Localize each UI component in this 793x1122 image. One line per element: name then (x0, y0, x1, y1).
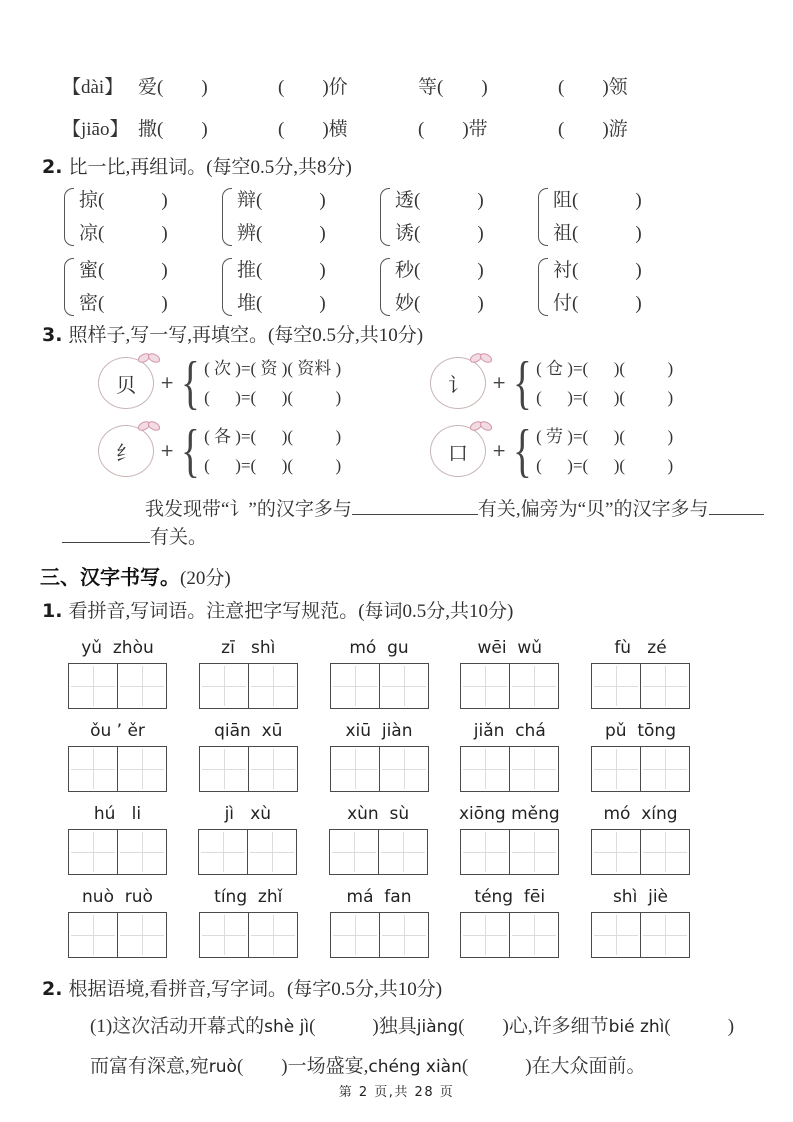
word-pair: 衬( )付( ) (538, 258, 696, 316)
writing-grid[interactable] (591, 746, 690, 792)
discovery-text: 有关,偏旁为“贝”的汉字多与 (478, 499, 709, 520)
polyphone-row-dai: 【dài】 爱( ) ( )价 等( ) ( )领 (62, 64, 793, 106)
context-pinyin: ruò (209, 1057, 237, 1077)
pair-word-top: 蜜( ) (79, 258, 168, 283)
writing-grid[interactable] (591, 829, 690, 875)
context-pinyin: chéng xiàn (368, 1057, 462, 1077)
pair-bracket (538, 188, 548, 246)
discovery-text: 有关。 (150, 527, 207, 548)
pinyin-row-2: ǒu ’ ěr qiān xū xiū jiàn jiǎn chá pǔ tōn… (68, 719, 690, 792)
pair-word-top: 秒( ) (395, 258, 484, 283)
pinyin-word: xiōng měng (459, 802, 560, 875)
pinyin-word: téng fēi (460, 885, 559, 958)
formula-line: ( )=( )( ) (204, 456, 341, 476)
grid-cell[interactable] (509, 664, 558, 708)
pair-bracket (64, 258, 74, 316)
grid-cell[interactable] (199, 830, 247, 874)
grid-cell[interactable] (69, 664, 117, 708)
grid-cell[interactable] (592, 747, 640, 791)
formula-line: ( )=( )( ) (204, 388, 341, 408)
pinyin-word: pǔ tōng (591, 719, 690, 792)
grid-cell[interactable] (69, 830, 117, 874)
pinyin-word: xùn sù (329, 802, 428, 875)
context-text: (1)这次活动开幕式的 (90, 1016, 264, 1037)
pair-word-bottom: 密( ) (79, 291, 168, 316)
word-blank-item: ( )带 (418, 114, 558, 141)
pinyin-word: zī shì (199, 636, 298, 709)
pinyin-word: shì jiè (591, 885, 690, 958)
grid-cell[interactable] (117, 664, 166, 708)
writing-grid[interactable] (68, 746, 167, 792)
bow-icon (469, 417, 493, 440)
fill-blank (709, 494, 764, 515)
context-line-2: 而富有深意,宛ruò( )一场盛宴,chéng xiàn( )在大众面前。 (90, 1054, 793, 1080)
writing-grid[interactable] (460, 829, 559, 875)
context-pinyin: jiàng (417, 1017, 458, 1037)
fill-blank (62, 522, 150, 543)
writing-grid[interactable] (329, 829, 428, 875)
grid-cell[interactable] (592, 830, 640, 874)
context-text: ( )独具 (309, 1016, 417, 1037)
pinyin-label: téng fēi (474, 885, 545, 909)
bow-icon (137, 349, 161, 372)
grid-cell[interactable] (379, 913, 428, 957)
pinyin-word: mó xíng (591, 802, 690, 875)
pinyin-label: mó xíng (603, 802, 677, 826)
writing-grid[interactable] (591, 912, 690, 958)
formula-line: ( )=( )( ) (536, 456, 673, 476)
radical-circle: 口 (430, 425, 486, 477)
pair-bracket (222, 258, 232, 316)
context-text: 而富有深意,宛 (90, 1056, 209, 1077)
radical-row-2: 纟 + { ( 各 )=( )( )( )=( )( ) 口 + { ( 劳 )… (98, 418, 793, 484)
pinyin-label: zī shì (221, 636, 275, 660)
writing-grid[interactable] (68, 663, 167, 709)
pair-bracket (380, 258, 390, 316)
pinyin-key-label: 【dài】 (62, 72, 138, 99)
grid-cell[interactable] (379, 664, 428, 708)
grid-cell[interactable] (69, 747, 117, 791)
pair-word-top: 推( ) (237, 258, 326, 283)
brace-glyph: { (513, 425, 532, 478)
formula-line: ( )=( )( ) (536, 388, 673, 408)
question-3-heading: 3.照样子,写一写,再填空。(每空0.5分,共10分) (42, 322, 793, 348)
word-pair: 推( )堆( ) (222, 258, 380, 316)
grid-cell[interactable] (331, 913, 379, 957)
radical-char: 口 (448, 437, 468, 466)
polyphone-row-jiao: 【jiāo】 撒( ) ( )横 ( )带 ( )游 (62, 106, 793, 148)
pinyin-label: xùn sù (347, 802, 409, 826)
pinyin-row-1: yǔ zhòu zī shì mó gu wēi wǔ fù zé (68, 636, 690, 709)
pinyin-label: jì xù (225, 802, 272, 826)
fill-blank (352, 494, 478, 515)
question-title: 比一比,再组词。(每空0.5分,共8分) (68, 157, 351, 178)
grid-cell[interactable] (640, 913, 689, 957)
pinyin-word: hú li (68, 802, 167, 875)
pinyin-row-4: nuò ruò tíng zhǐ má fan téng fēi shì jiè (68, 885, 690, 958)
radical-circle: 纟 (98, 425, 154, 477)
grid-cell[interactable] (379, 747, 428, 791)
grid-cell[interactable] (331, 747, 379, 791)
grid-cell[interactable] (247, 830, 296, 874)
grid-cell[interactable] (248, 664, 297, 708)
section-title: 三、汉字书写。 (40, 565, 180, 589)
pinyin-label: tíng zhǐ (214, 885, 282, 909)
discovery-line-1: 我发现带“讠”的汉字多与有关,偏旁为“贝”的汉字多与 (145, 494, 793, 522)
radical-char: 讠 (448, 369, 468, 398)
writing-grid[interactable] (68, 829, 167, 875)
question-number: 2. (42, 156, 62, 178)
pair-word-bottom: 堆( ) (237, 291, 326, 316)
question-number: 2. (42, 978, 62, 1000)
question-title: 看拼音,写词语。注意把字写规范。(每词0.5分,共10分) (68, 601, 513, 622)
writing-grid[interactable] (198, 829, 297, 875)
question-title: 根据语境,看拼音,写字词。(每字0.5分,共10分) (68, 979, 442, 1000)
pinyin-label: jiǎn chá (474, 719, 546, 743)
pinyin-word: jì xù (198, 802, 297, 875)
pinyin-word: tíng zhǐ (199, 885, 298, 958)
plus-sign: + (160, 441, 174, 461)
writing-grid[interactable] (68, 912, 167, 958)
word-blank-item: 等( ) (418, 72, 558, 99)
pinyin-word: xiū jiàn (330, 719, 429, 792)
grid-cell[interactable] (461, 747, 509, 791)
pair-word-top: 透( ) (395, 188, 484, 213)
grid-cell[interactable] (248, 747, 297, 791)
grid-cell[interactable] (200, 747, 248, 791)
pinyin-label: wēi wǔ (477, 636, 542, 660)
pinyin-word: fù zé (591, 636, 690, 709)
writing-grid[interactable] (460, 746, 559, 792)
writing-grid[interactable] (330, 663, 429, 709)
discovery-text: 我发现带“讠”的汉字多与 (145, 499, 352, 520)
radical-row-1: 贝 + { ( 次 )=( 资 )( 资料 )( )=( )( ) 讠 + { … (98, 350, 793, 416)
pinyin-label: qiān xū (214, 719, 282, 743)
plus-sign: + (492, 441, 506, 461)
context-text: ( )心,许多细节 (458, 1016, 608, 1037)
grid-cell[interactable] (117, 747, 166, 791)
brace-glyph: { (181, 357, 200, 410)
radical-unit-yan: 讠 + { ( 仓 )=( )( )( )=( )( ) (430, 350, 762, 416)
grid-cell[interactable] (640, 664, 689, 708)
grid-cell[interactable] (592, 913, 640, 957)
pair-bracket (64, 188, 74, 246)
word-pair: 掠( )凉( ) (64, 188, 222, 246)
pair-bracket (222, 188, 232, 246)
writing-grid[interactable] (199, 663, 298, 709)
brace-glyph: { (181, 425, 200, 478)
pinyin-label: nuò ruò (82, 885, 153, 909)
section-3-heading: 三、汉字书写。(20分) (40, 562, 793, 592)
grid-cell[interactable] (200, 913, 248, 957)
grid-cell[interactable] (640, 830, 689, 874)
grid-cell[interactable] (640, 747, 689, 791)
writing-grid[interactable] (460, 663, 559, 709)
formula-line: ( 劳 )=( )( ) (536, 427, 673, 447)
question-number: 3. (42, 324, 62, 346)
writing-grid[interactable] (199, 912, 298, 958)
word-pair: 秒( )妙( ) (380, 258, 538, 316)
plus-sign: + (160, 373, 174, 393)
pinyin-label: xiōng měng (459, 802, 560, 826)
radical-circle: 贝 (98, 357, 154, 409)
pair-word-bottom: 付( ) (553, 291, 642, 316)
pinyin-word: nuò ruò (68, 885, 167, 958)
pair-bracket (380, 188, 390, 246)
pinyin-label: yǔ zhòu (81, 636, 154, 660)
page-footer: 第 2 页,共 28 页 (0, 1081, 793, 1100)
grid-cell[interactable] (330, 830, 378, 874)
pair-word-top: 辩( ) (237, 188, 326, 213)
context-pinyin: bié zhì (609, 1017, 665, 1037)
pinyin-key-label: 【jiāo】 (62, 114, 138, 141)
grid-cell[interactable] (461, 664, 509, 708)
context-pinyin: shè jì (264, 1017, 309, 1037)
pinyin-word: ǒu ’ ěr (68, 719, 167, 792)
pair-word-bottom: 辨( ) (237, 221, 326, 246)
pair-word-top: 掠( ) (79, 188, 168, 213)
word-blank-item: ( )价 (278, 72, 418, 99)
grid-cell[interactable] (117, 913, 166, 957)
grid-cell[interactable] (592, 664, 640, 708)
pinyin-word: mó gu (330, 636, 429, 709)
grid-cell[interactable] (331, 664, 379, 708)
radical-unit-kou: 口 + { ( 劳 )=( )( )( )=( )( ) (430, 418, 762, 484)
radical-unit-bei: 贝 + { ( 次 )=( 资 )( 资料 )( )=( )( ) (98, 350, 430, 416)
formula-line: ( 次 )=( 资 )( 资料 ) (204, 359, 341, 379)
pair-word-top: 阻( ) (553, 188, 642, 213)
grid-cell[interactable] (509, 830, 558, 874)
radical-circle: 讠 (430, 357, 486, 409)
pinyin-word: qiān xū (199, 719, 298, 792)
question-2-heading: 2.比一比,再组词。(每空0.5分,共8分) (42, 154, 793, 180)
word-pair: 辩( )辨( ) (222, 188, 380, 246)
context-text: ( ) (664, 1016, 734, 1037)
writing-grid[interactable] (591, 663, 690, 709)
pinyin-label: mó gu (349, 636, 408, 660)
pair-word-top: 衬( ) (553, 258, 642, 283)
grid-cell[interactable] (509, 913, 558, 957)
word-blank-item: ( )领 (558, 72, 698, 99)
word-pair: 透( )诱( ) (380, 188, 538, 246)
word-blank-item: 撒( ) (138, 114, 278, 141)
writing-grid[interactable] (330, 912, 429, 958)
plus-sign: + (492, 373, 506, 393)
radical-char: 贝 (116, 369, 136, 398)
pinyin-label: shì jiè (613, 885, 668, 909)
pair-bracket (538, 258, 548, 316)
grid-cell[interactable] (509, 747, 558, 791)
word-blank-item: ( )横 (278, 114, 418, 141)
grid-cell[interactable] (200, 664, 248, 708)
word-blank-item: 爱( ) (138, 72, 278, 99)
writing-grid[interactable] (460, 912, 559, 958)
pinyin-label: má fan (347, 885, 412, 909)
word-pair: 阻( )祖( ) (538, 188, 696, 246)
pair-word-bottom: 诱( ) (395, 221, 484, 246)
exam-page: 【dài】 爱( ) ( )价 等( ) ( )领 【jiāo】 撒( ) ( … (0, 0, 793, 1080)
formula-line: ( 各 )=( )( ) (204, 427, 341, 447)
grid-cell[interactable] (378, 830, 427, 874)
pinyin-label: ǒu ’ ěr (90, 719, 145, 743)
grid-cell[interactable] (69, 913, 117, 957)
pinyin-label: xiū jiàn (345, 719, 412, 743)
context-line-1: (1)这次活动开幕式的shè jì( )独具jiàng( )心,许多细节bié … (90, 1014, 793, 1040)
discovery-line-2: 有关。 (62, 522, 793, 550)
radical-char: 纟 (116, 437, 136, 466)
grid-cell[interactable] (117, 830, 166, 874)
pair-word-bottom: 祖( ) (553, 221, 642, 246)
word-blank-item: ( )游 (558, 114, 698, 141)
pinyin-word: jiǎn chá (460, 719, 559, 792)
pinyin-row-3: hú li jì xù xùn sù xiōng měng mó xíng (68, 802, 690, 875)
bow-icon (137, 417, 161, 440)
question-number: 1. (42, 600, 62, 622)
context-text: ( )一场盛宴, (237, 1056, 368, 1077)
context-text: ( )在大众面前。 (462, 1056, 646, 1077)
writing-q2-heading: 2.根据语境,看拼音,写字词。(每字0.5分,共10分) (42, 976, 793, 1002)
grid-cell[interactable] (461, 830, 509, 874)
formula-line: ( 仓 )=( )( ) (536, 359, 673, 379)
grid-cell[interactable] (248, 913, 297, 957)
pinyin-label: pǔ tōng (605, 719, 676, 743)
pinyin-word: má fan (330, 885, 429, 958)
writing-grid[interactable] (330, 746, 429, 792)
grid-cell[interactable] (461, 913, 509, 957)
writing-q1-heading: 1.看拼音,写词语。注意把字写规范。(每词0.5分,共10分) (42, 598, 793, 624)
word-pair: 蜜( )密( ) (64, 258, 222, 316)
pair-word-bottom: 凉( ) (79, 221, 168, 246)
pinyin-word: yǔ zhòu (68, 636, 167, 709)
pinyin-label: fù zé (614, 636, 666, 660)
writing-grid[interactable] (199, 746, 298, 792)
pair-word-bottom: 妙( ) (395, 291, 484, 316)
pinyin-word: wēi wǔ (460, 636, 559, 709)
bow-icon (469, 349, 493, 372)
radical-unit-si: 纟 + { ( 各 )=( )( )( )=( )( ) (98, 418, 430, 484)
section-score: (20分) (180, 568, 231, 589)
pinyin-label: hú li (94, 802, 141, 826)
question-title: 照样子,写一写,再填空。(每空0.5分,共10分) (68, 325, 423, 346)
brace-glyph: { (513, 357, 532, 410)
compare-pairs-grid: 掠( )凉( ) 辩( )辨( ) 透( )诱( ) 阻( )祖( ) (64, 188, 793, 316)
